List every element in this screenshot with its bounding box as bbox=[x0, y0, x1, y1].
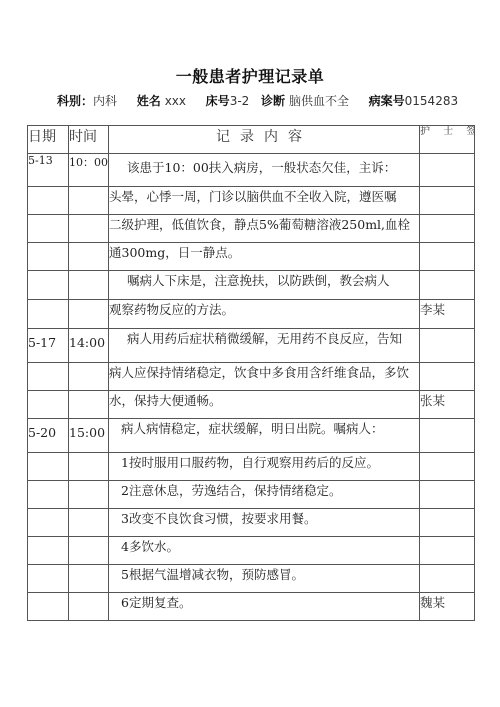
sign-cell: 魏某 bbox=[420, 593, 475, 621]
content-cell: 2注意休息，劳逸结合，保持情绪稳定。 bbox=[109, 481, 420, 509]
time-cell bbox=[69, 391, 109, 419]
time-cell bbox=[69, 363, 109, 391]
content-cell: 病人应保持情绪稳定，饮食中多食用含纤维食品，多饮 bbox=[109, 363, 420, 391]
time-cell bbox=[69, 537, 109, 565]
time-cell bbox=[69, 565, 109, 593]
time-cell bbox=[69, 271, 109, 300]
content-cell: 3改变不良饮食习惯，按要求用餐。 bbox=[109, 509, 420, 537]
date-cell bbox=[28, 509, 69, 537]
sign-cell bbox=[420, 363, 475, 391]
table-row: 头晕，心悸一周，门诊以脑供血不全收入院，遵医嘱 bbox=[28, 187, 475, 215]
time-cell bbox=[69, 593, 109, 621]
content-cell: 通300mg，日一静点。 bbox=[109, 243, 420, 271]
header-content: 记录内容 bbox=[109, 126, 420, 154]
name-label: 姓名 bbox=[137, 94, 161, 108]
date-cell bbox=[28, 215, 69, 243]
case-number-value: 0154283 bbox=[405, 94, 458, 108]
date-cell bbox=[28, 363, 69, 391]
date-cell bbox=[28, 300, 69, 329]
content-cell: 观察药物反应的方法。 bbox=[109, 300, 420, 329]
sign-cell: 李某 bbox=[420, 300, 475, 329]
table-row: 观察药物反应的方法。 李某 bbox=[28, 300, 475, 329]
table-row: 6定期复查。 魏某 bbox=[28, 593, 475, 621]
table-row: 4多饮水。 bbox=[28, 537, 475, 565]
header-time: 时间 bbox=[69, 126, 109, 154]
diagnosis-value: 脑供血不全 bbox=[289, 94, 349, 108]
document-title: 一般患者护理记录单 bbox=[0, 64, 500, 87]
nursing-record-table: 日期 时间 记录内容 护 士 签 名 5-13 10：00 该患于10：00扶入… bbox=[27, 125, 475, 621]
date-cell bbox=[28, 593, 69, 621]
date-cell bbox=[28, 271, 69, 300]
date-cell: 5-17 bbox=[28, 329, 69, 363]
time-cell bbox=[69, 453, 109, 481]
sign-cell bbox=[420, 187, 475, 215]
table-row: 5根据气温增减衣物，预防感冒。 bbox=[28, 565, 475, 593]
table-row: 5-13 10：00 该患于10：00扶入病房，一般状态欠佳，主诉： bbox=[28, 154, 475, 187]
content-cell: 该患于10：00扶入病房，一般状态欠佳，主诉： bbox=[109, 154, 420, 187]
sign-cell bbox=[420, 271, 475, 300]
table-header-row: 日期 时间 记录内容 护 士 签 名 bbox=[28, 126, 475, 154]
table-row: 5-17 14:00 病人用药后症状稍微缓解，无用药不良反应，告知 bbox=[28, 329, 475, 363]
sign-cell bbox=[420, 419, 475, 453]
table-row: 2注意休息，劳逸结合，保持情绪稳定。 bbox=[28, 481, 475, 509]
sign-cell: 张某 bbox=[420, 391, 475, 419]
sign-cell bbox=[420, 481, 475, 509]
content-cell: 病人用药后症状稍微缓解，无用药不良反应，告知 bbox=[109, 329, 420, 363]
content-cell: 二级护理，低值饮食，静点5%葡萄糖溶液250ml,血栓 bbox=[109, 215, 420, 243]
table-row: 通300mg，日一静点。 bbox=[28, 243, 475, 271]
table-row: 5-20 15:00 病人病情稳定，症状缓解，明日出院。嘱病人： bbox=[28, 419, 475, 453]
header-date: 日期 bbox=[28, 126, 69, 154]
time-cell bbox=[69, 300, 109, 329]
date-cell bbox=[28, 481, 69, 509]
table-row: 嘱病人下床是，注意挽扶，以防跌倒，教会病人 bbox=[28, 271, 475, 300]
content-cell: 4多饮水。 bbox=[109, 537, 420, 565]
date-cell bbox=[28, 453, 69, 481]
content-cell: 6定期复查。 bbox=[109, 593, 420, 621]
time-cell: 10：00 bbox=[69, 154, 109, 187]
sign-cell bbox=[420, 453, 475, 481]
time-cell: 14:00 bbox=[69, 329, 109, 363]
sign-cell bbox=[420, 215, 475, 243]
time-cell bbox=[69, 481, 109, 509]
content-cell: 病人病情稳定，症状缓解，明日出院。嘱病人： bbox=[109, 419, 420, 453]
diagnosis-label: 诊断 bbox=[261, 94, 285, 108]
date-cell bbox=[28, 565, 69, 593]
bed-label: 床号 bbox=[206, 94, 230, 108]
table-row: 3改变不良饮食习惯，按要求用餐。 bbox=[28, 509, 475, 537]
sign-cell bbox=[420, 243, 475, 271]
date-cell: 5-20 bbox=[28, 419, 69, 453]
time-cell bbox=[69, 509, 109, 537]
content-cell: 5根据气温增减衣物，预防感冒。 bbox=[109, 565, 420, 593]
date-cell bbox=[28, 243, 69, 271]
sign-cell bbox=[420, 154, 475, 187]
table-row: 1按时服用口服药物，自行观察用药后的反应。 bbox=[28, 453, 475, 481]
department-label: 科别： bbox=[57, 94, 93, 108]
time-cell bbox=[69, 215, 109, 243]
case-number-label: 病案号 bbox=[369, 94, 405, 108]
sign-cell bbox=[420, 565, 475, 593]
content-cell: 1按时服用口服药物，自行观察用药后的反应。 bbox=[109, 453, 420, 481]
department-value: 内科 bbox=[93, 94, 117, 108]
bed-value: 3-2 bbox=[230, 94, 250, 108]
table-row: 二级护理，低值饮食，静点5%葡萄糖溶液250ml,血栓 bbox=[28, 215, 475, 243]
time-cell bbox=[69, 243, 109, 271]
patient-info-line: 科别：内科 姓名xxx 床号3-2 诊断脑供血不全 病案号0154283 bbox=[57, 92, 457, 109]
date-cell bbox=[28, 187, 69, 215]
name-value: xxx bbox=[165, 94, 186, 108]
table-row: 水，保持大便通畅。 张某 bbox=[28, 391, 475, 419]
time-cell bbox=[69, 187, 109, 215]
date-cell bbox=[28, 391, 69, 419]
content-cell: 头晕，心悸一周，门诊以脑供血不全收入院，遵医嘱 bbox=[109, 187, 420, 215]
date-cell: 5-13 bbox=[28, 154, 69, 187]
header-nurse-signature: 护 士 签 名 bbox=[420, 126, 475, 154]
date-cell bbox=[28, 537, 69, 565]
time-cell: 15:00 bbox=[69, 419, 109, 453]
sign-cell bbox=[420, 509, 475, 537]
sign-cell bbox=[420, 537, 475, 565]
content-cell: 水，保持大便通畅。 bbox=[109, 391, 420, 419]
table-row: 病人应保持情绪稳定，饮食中多食用含纤维食品，多饮 bbox=[28, 363, 475, 391]
content-cell: 嘱病人下床是，注意挽扶，以防跌倒，教会病人 bbox=[109, 271, 420, 300]
sign-cell bbox=[420, 329, 475, 363]
